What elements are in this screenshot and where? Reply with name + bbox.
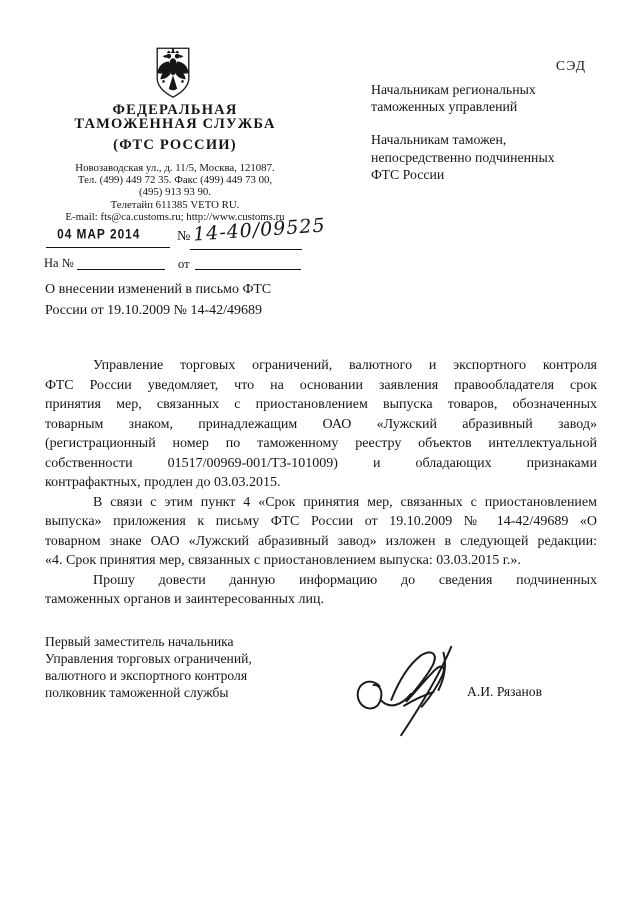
body-line: (регистрационный номер по таможенному ре… [45,434,597,454]
signer-post-line: Управления торговых ограничений, [45,650,305,667]
subject-line: О внесении изменений в письмо ФТС [45,280,345,301]
reply-to-date-underline [195,269,301,270]
signer-post-line: полковник таможенной службы [45,684,305,701]
date-stamp: 04 МАР 2014 [57,226,140,241]
recipient-line: таможенных управлений [371,98,601,115]
body-line: принятия мер, связанных с приостановлени… [45,395,597,415]
org-phone-fax: Тел. (499) 449 72 35. Факс (499) 449 73 … [33,174,317,186]
body-line: Управление торговых ограничений, валютно… [45,356,597,376]
reply-to-number-underline [77,269,165,270]
recipients-block: Начальникам региональных таможенных упра… [371,81,601,183]
date-underline [46,247,170,248]
org-contact-block: Новозаводская ул., д. 11/5, Москва, 1210… [33,162,317,223]
signer-post-block: Первый заместитель начальника Управления… [45,633,305,701]
org-address: Новозаводская ул., д. 11/5, Москва, 1210… [33,162,317,174]
body-line: Прошу довести данную информацию до сведе… [45,571,597,591]
body-line: собственности 01517/00969-001/ТЗ-101009)… [45,454,597,474]
subject-line: России от 19.10.2009 № 14-42/49689 [45,301,345,322]
signer-name: А.И. Рязанов [467,684,542,700]
subject-block: О внесении изменений в письмо ФТС России… [45,280,345,321]
recipient-line: Начальникам региональных [371,81,601,98]
org-name-line2: ТАМОЖЕННАЯ СЛУЖБА [33,117,317,131]
signature-icon [350,640,468,740]
signer-post-line: Первый заместитель начальника [45,633,305,650]
org-teletype: Телетайп 611385 VETO RU. [33,199,317,211]
document-page: ФЕДЕРАЛЬНАЯ ТАМОЖЕННАЯ СЛУЖБА (ФТС РОССИ… [0,0,640,905]
body-line: В связи с этим пункт 4 «Срок принятия ме… [45,493,597,513]
org-phone2: (495) 913 93 90. [33,186,317,198]
body-line: «4. Срок принятия мер, связанных с приос… [45,551,597,571]
sed-mark: СЭД [556,58,587,74]
recipient-line: непосредственно подчиненных [371,149,601,166]
body-line: выпуска» приложения к письму ФТС России … [45,512,597,532]
coat-of-arms-icon [153,46,193,100]
body-line: таможенных органов и заинтересованных ли… [45,590,597,610]
signer-post-line: валютного и экспортного контроля [45,667,305,684]
letter-body: Управление торговых ограничений, валютно… [45,356,597,610]
letterhead: ФЕДЕРАЛЬНАЯ ТАМОЖЕННАЯ СЛУЖБА (ФТС РОССИ… [33,103,317,223]
reply-to-number-label: На № [44,256,74,271]
org-abbreviation: (ФТС РОССИИ) [33,137,317,154]
reply-to-date-label: от [178,257,190,272]
body-line: ФТС России уведомляет, что на основании … [45,376,597,396]
recipient-group-1: Начальникам региональных таможенных упра… [371,81,601,115]
recipient-group-2: Начальникам таможен, непосредственно под… [371,131,601,183]
org-name-line1: ФЕДЕРАЛЬНАЯ [33,103,317,117]
number-sign-label: № [177,229,190,245]
body-line: товарным знаком, принадлежащим ОАО «Лужс… [45,415,597,435]
body-line: товарном знаке ОАО «Лужский абразивный з… [45,532,597,552]
recipient-line: Начальникам таможен, [371,131,601,148]
number-underline [190,249,302,250]
recipient-line: ФТС России [371,166,601,183]
body-line: контрафактных, продлен до 03.03.2015. [45,473,597,493]
